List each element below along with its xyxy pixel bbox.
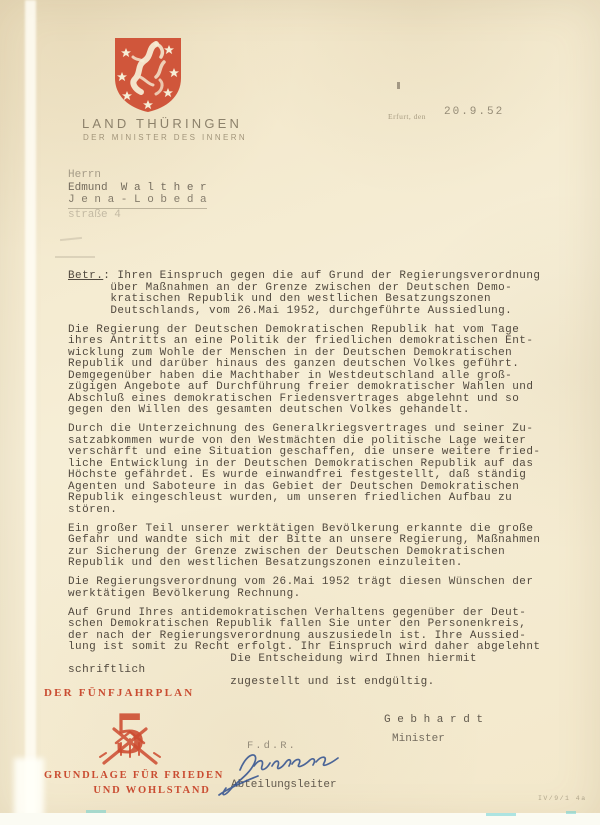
plan-slogan-line1: GRUNDLAGE FÜR FRIEDEN xyxy=(44,770,224,781)
subject-label: Betr. xyxy=(68,270,103,282)
paragraph-2: Durch die Unterzeichnung des Generalkrie… xyxy=(68,424,556,516)
date-value: 20.9.52 xyxy=(444,106,504,118)
scan-edge-strip xyxy=(25,0,36,825)
letterhead-office: DER MINISTER DES INNERN xyxy=(83,133,247,142)
five-year-plan-emblem-icon: 5 xyxy=(88,699,172,771)
subject-line: Betr.: Ihren Einspruch gegen die auf Gru… xyxy=(68,271,556,317)
scan-speck xyxy=(566,811,576,814)
pencil-mark xyxy=(55,256,95,258)
minister-title: Minister xyxy=(392,733,445,745)
paragraph-4: Die Regierungsverordnung vom 26.Mai 1952… xyxy=(68,577,556,600)
scanned-letter-page: LAND THÜRINGEN DER MINISTER DES INNERN E… xyxy=(0,0,600,825)
subject-text: : Ihren Einspruch gegen die auf Grund de… xyxy=(68,270,540,317)
recipient-address-block: Herrn Edmund W a l t h e r J e n a - L o… xyxy=(68,169,207,221)
recipient-salutation: Herrn xyxy=(68,169,207,182)
print-code: IV/9/1 4a xyxy=(538,795,587,802)
scan-speck xyxy=(397,82,400,89)
paragraph-3: Ein großer Teil unserer werktätigen Bevö… xyxy=(68,524,556,570)
scan-corner-blob xyxy=(14,758,44,818)
paragraph-5: Auf Grund Ihres antidemokratischen Verha… xyxy=(68,608,556,689)
thuringia-coat-of-arms-icon xyxy=(112,36,184,114)
date-label: Erfurt, den xyxy=(388,112,426,121)
letterhead-region: LAND THÜRINGEN xyxy=(82,116,242,131)
pencil-mark xyxy=(60,237,82,241)
letter-body: Betr.: Ihren Einspruch gegen die auf Gru… xyxy=(68,271,556,696)
recipient-name: Edmund W a l t h e r xyxy=(68,182,207,195)
recipient-street: straße 4 xyxy=(68,209,207,222)
paragraph-1: Die Regierung der Deutschen Demokratisch… xyxy=(68,325,556,417)
five-year-plan-title: DER FÜNFJAHRPLAN xyxy=(44,687,194,699)
plan-slogan-line2: UND WOHLSTAND xyxy=(44,785,260,796)
scan-speck xyxy=(486,813,516,816)
minister-signature-name: G e b h a r d t xyxy=(384,714,483,726)
recipient-city: J e n a - L o b e d a xyxy=(68,194,207,209)
scan-speck xyxy=(86,810,106,813)
